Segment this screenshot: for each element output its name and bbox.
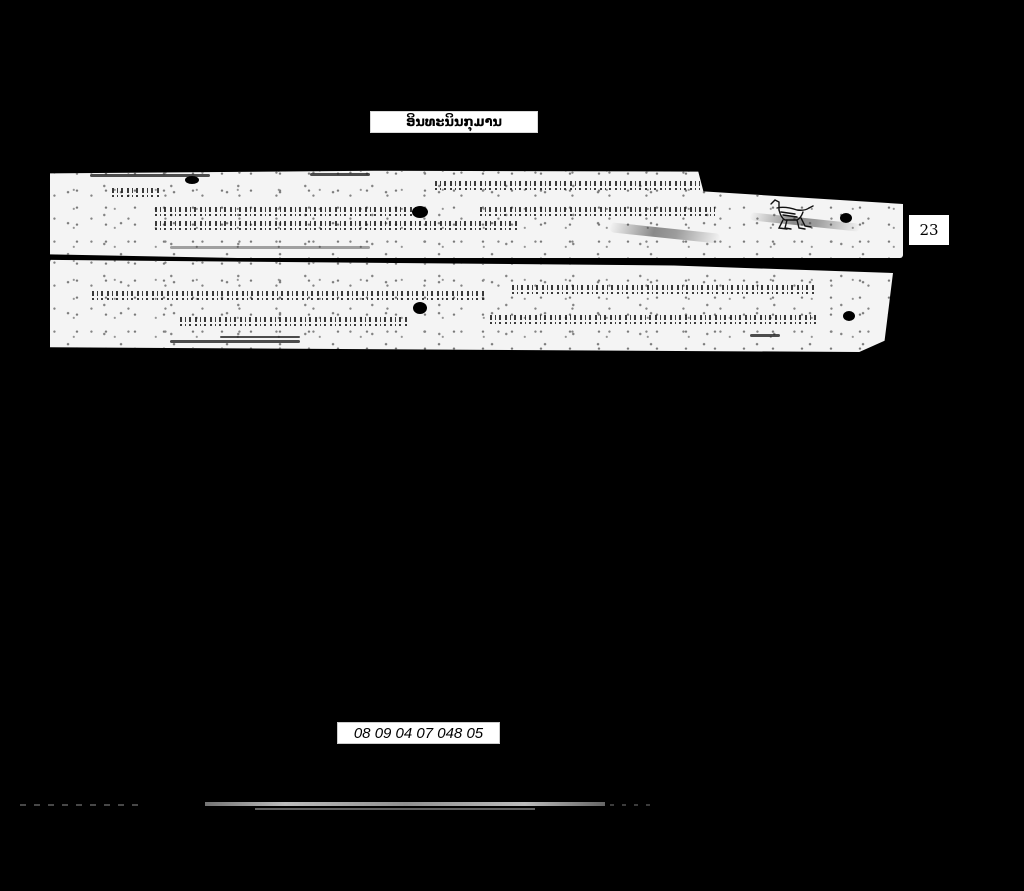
leaf-edge-stain	[170, 340, 300, 343]
manuscript-text-line: handwritten script (Tai Tham) — line 2	[490, 312, 820, 326]
leaf-edge-stain	[310, 173, 370, 176]
binding-hole	[843, 311, 855, 321]
animal-illustration-icon	[765, 196, 817, 234]
reference-code-label: 08 09 04 07 048 05	[337, 722, 500, 744]
manuscript-text-line: handwritten script (Tai Tham) — line 2	[155, 204, 425, 218]
scan-edge-strip	[255, 808, 535, 810]
manuscript-text-line: handwritten script (Tai Tham) — line 1	[512, 282, 817, 296]
binding-hole	[413, 302, 427, 314]
leaf-edge-stain	[750, 334, 780, 337]
manuscript-margin-heading: handwritten script (Tai Tham) — margin h…	[112, 185, 162, 199]
manuscript-text-line: handwritten script (Tai Tham) — line 2	[480, 204, 715, 218]
binding-hole	[185, 176, 199, 184]
manuscript-text-line: handwritten script (Tai Tham) — line 2	[180, 314, 410, 328]
scan-artifact	[610, 804, 650, 806]
leaf-edge-stain	[170, 246, 370, 249]
palm-leaf-bottom: handwritten script (Tai Tham) — line 1 h…	[50, 258, 893, 352]
scan-artifact	[20, 804, 140, 806]
binding-hole	[412, 206, 428, 218]
document-title-label: ອິນທະນິນກຸມານ	[370, 111, 538, 133]
manuscript-text-line: handwritten script (Tai Tham) — line 1	[435, 178, 700, 192]
leaf-texture	[50, 258, 893, 352]
palm-leaf-top: handwritten script (Tai Tham) — margin h…	[50, 168, 903, 258]
scan-edge-strip	[205, 802, 605, 806]
underline-stroke	[220, 336, 300, 338]
manuscript-text-line: handwritten script (Tai Tham) — line 3	[155, 218, 520, 232]
page-number-label: 23	[909, 215, 949, 245]
manuscript-text-line: handwritten script (Tai Tham) — line 1	[92, 288, 487, 302]
